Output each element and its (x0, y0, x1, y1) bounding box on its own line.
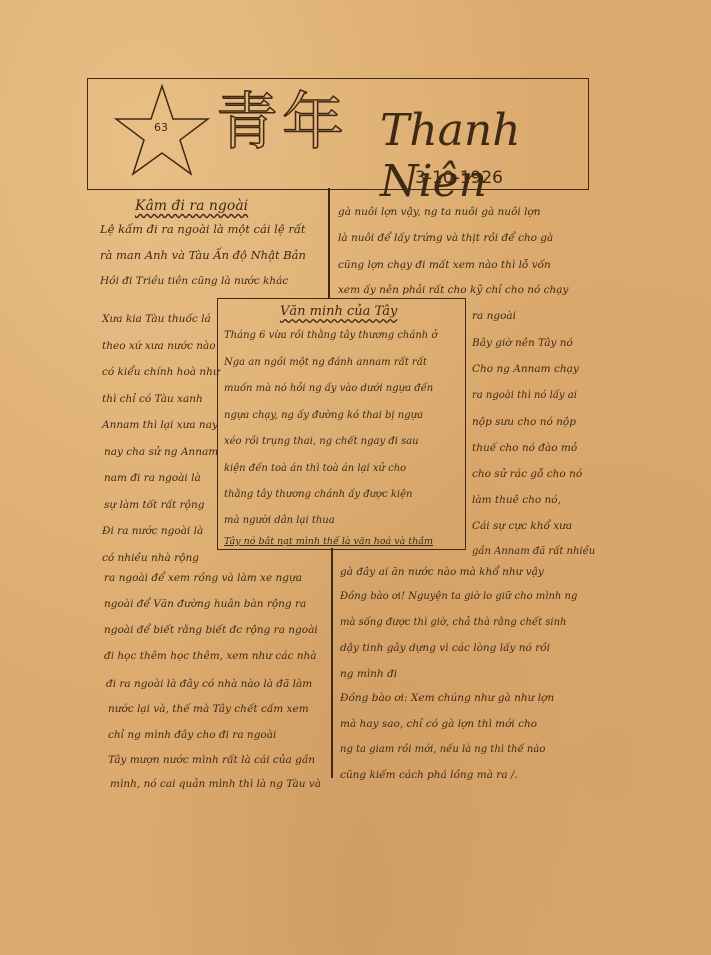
text-line: Tây nó bắt nạt mình thế là văn hoá và th… (224, 536, 433, 547)
text-line: chỉ ng mình đây cho đi ra ngoài (108, 729, 276, 741)
text-line: xem ấy nên phải rất cho kỹ chỉ cho nó ch… (338, 284, 569, 296)
text-line: đi ra ngoài là đây có nhà nào là đã làm (106, 678, 312, 690)
text-line: nam đi ra ngoài là (104, 472, 201, 484)
text-line: thì chỉ có Tàu xanh (102, 393, 203, 405)
text-line: nước lại và, thế mà Tây chết cấm xem (108, 703, 309, 715)
text-line: thằng tây thương chánh ấy được kiện (224, 489, 412, 500)
text-line: Lệ kấm đi ra ngoài là một cái lệ rất (100, 222, 306, 236)
text-line: là nuôi để lấy trứng và thịt rồi để cho … (338, 232, 553, 244)
chinese-title: 青年 (216, 91, 348, 153)
newspaper-title: Thanh Niên (380, 105, 588, 207)
text-line: Tháng 6 vừa rồi thằng tây thương chánh ở (224, 330, 437, 341)
text-line: cũng lợn chạy đi mất xem nào thì lỗ vốn (338, 259, 551, 271)
text-line: nay cha sử ng Annam (104, 446, 218, 458)
text-line: ngựa chạy, ng ấy đường kó thai bị ngựa (224, 410, 423, 421)
text-line: Nga an ngồi một ng đánh annam rất rất (224, 357, 427, 368)
text-line: Bây giờ nên Tây nó (472, 337, 573, 349)
text-line: Đi ra nước ngoài là (102, 525, 203, 537)
text-line: ng mình đi (340, 668, 397, 680)
text-line: cho sử rác gỗ cho nó (472, 468, 582, 480)
column-divider-bottom (331, 548, 333, 778)
text-line: mình, nó cai quản mình thì là ng Tàu và (110, 778, 321, 790)
column-divider-top (328, 188, 330, 298)
text-line: gà nuôi lợn vậy, ng ta nuôi gà nuôi lợn (338, 206, 541, 218)
text-line: ngoài để Văn đường huân bàn rộng ra (104, 598, 306, 610)
masthead: 63 青年 Thanh Niên (87, 78, 589, 190)
text-line: ra ngoài (472, 310, 516, 322)
text-line: cũng kiếm cách phá lồng mà ra /. (340, 769, 518, 781)
text-line: sự làm tốt rất rộng (104, 499, 204, 511)
star-number: 63 (154, 121, 168, 134)
text-line: làm thuê cho nó, (472, 494, 561, 506)
text-line: Đồng bào ơi: Xem chúng như gà như lợn (340, 692, 554, 704)
text-line: mà hay sao, chỉ có gà lợn thì mới cho (340, 718, 537, 730)
text-line: Xưa kia Tàu thuốc lá (102, 313, 211, 325)
text-line: thuế cho nó đào mỏ (472, 442, 577, 454)
text-line: gà đây ai ăn nước nào mà khổ như vậy (340, 566, 544, 578)
issue-date: 3-10-1926 (415, 168, 503, 188)
text-line: rà man Anh và Tàu Ấn độ Nhật Bản (100, 248, 306, 262)
text-line: có nhiều nhà rộng (102, 552, 199, 564)
text-line: kiện đến toà án thì toà án lại xử cho (224, 463, 406, 474)
text-line: Hồi đi Triều tiên cũng là nước khác (100, 275, 288, 287)
text-line: dậy tinh gây dựng vì các lòng lấy nó rồi (340, 642, 550, 654)
text-line: gần Annam đã rất nhiều (472, 546, 595, 557)
left-article-heading: Kâm đi ra ngoài (135, 198, 248, 214)
text-line: ra ngoài để xem rồng và làm xe ngựa (104, 572, 302, 584)
text-line: muốn mà nó hỏi ng ấy vào dưới ngựa đến (224, 383, 433, 394)
star-icon: 63 (112, 83, 212, 178)
text-line: Cái sự cực khổ xưa (472, 520, 572, 532)
text-line: Cho ng Annam chạy (472, 363, 579, 375)
text-line: Đồng bào ơi! Nguyện ta giờ lo giữ cho mì… (340, 591, 577, 602)
text-line: xéo rồi trụng thai, ng chết ngay đi sau (224, 436, 419, 447)
text-line: mà người dân lại thua (224, 515, 335, 526)
text-line: ra ngoài thì nó lấy ai (472, 390, 577, 401)
text-line: mà sống được thì giờ, chả thà rằng chết … (340, 617, 567, 628)
text-line: đi học thêm học thêm, xem như các nhà (104, 650, 317, 662)
text-line: có kiểu chính hoà như (102, 366, 220, 378)
text-line: Tây mượn nước mình rất là cái của gần (108, 754, 315, 766)
boxed-article-heading: Văn minh của Tây (280, 304, 397, 319)
text-line: Annam thì lại xưa nay (102, 419, 218, 431)
text-line: ng ta giam rồi mới, nếu là ng thì thế nà… (340, 744, 545, 755)
text-line: theo xứ xưa nước nào (102, 340, 216, 352)
text-line: ngoài để biết rằng biết đc rộng ra ngoài (104, 624, 318, 636)
text-line: nộp sưu cho nó nộp (472, 416, 576, 428)
